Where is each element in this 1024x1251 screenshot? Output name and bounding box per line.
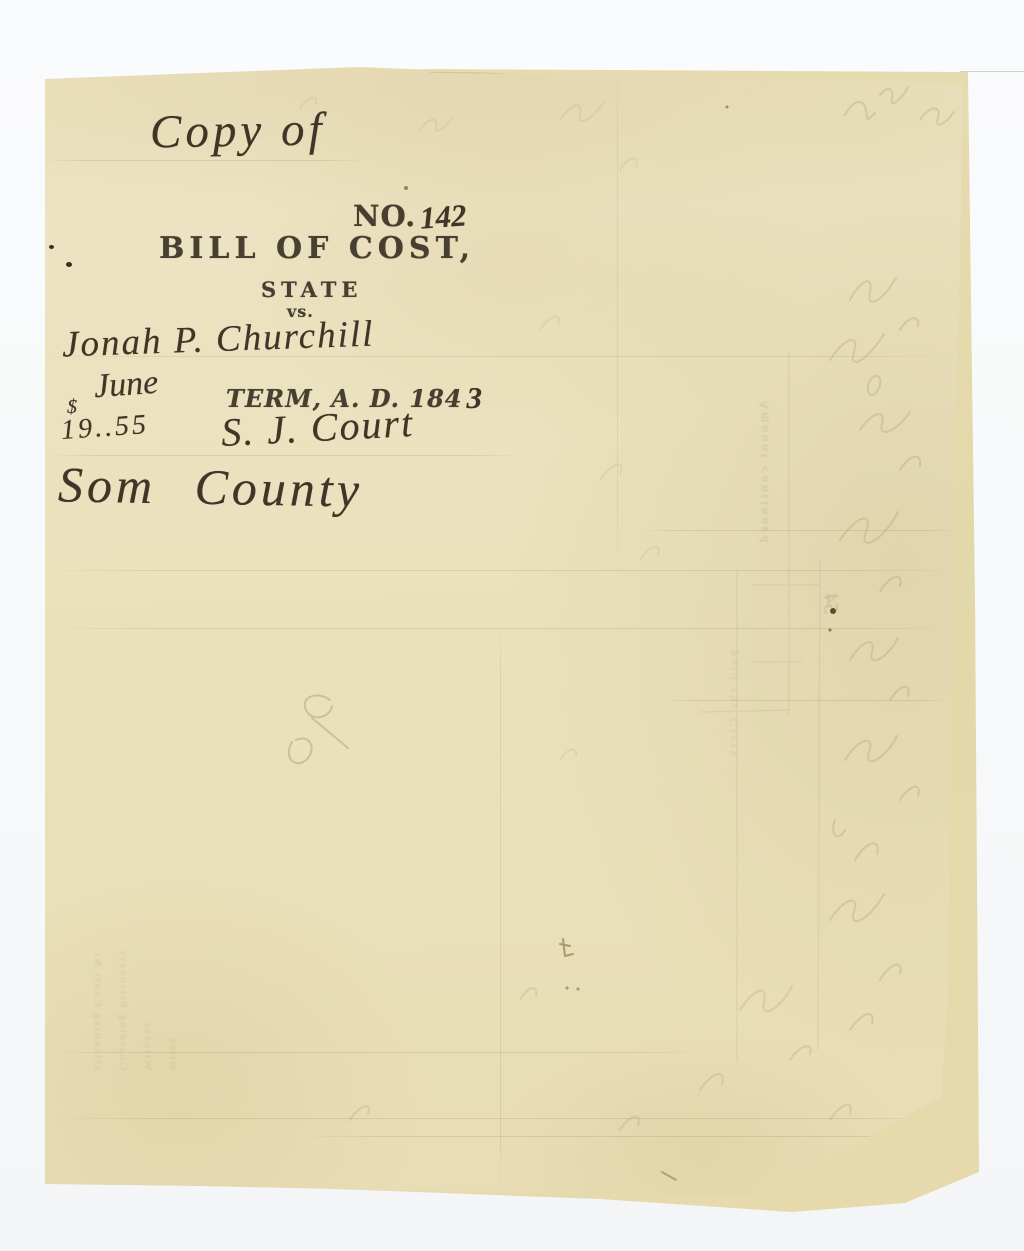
ink-dot — [66, 262, 72, 267]
fold-line — [45, 570, 960, 571]
case-number-line: NO. 142 — [353, 199, 467, 235]
fold-line — [45, 160, 365, 161]
handwritten-copy-annotation: Copy of — [150, 102, 326, 159]
term-year-digit: 3 — [466, 380, 482, 416]
county-name: Som County — [58, 455, 364, 518]
amount-value: 19..55 — [60, 409, 150, 447]
fold-line-vertical — [500, 620, 501, 1192]
term-month: June — [93, 364, 160, 406]
case-number-label: NO. — [353, 199, 416, 233]
paper-surface: Amount continued paid the Clerk 54 atten… — [0, 0, 1024, 1251]
ink-dot — [49, 245, 54, 249]
fold-line — [660, 700, 950, 701]
fold-line — [300, 1136, 960, 1137]
background-hairline — [960, 71, 1024, 72]
fold-line — [45, 1052, 705, 1053]
scanned-document-page: Amount continued paid the Clerk 54 atten… — [0, 0, 1024, 1251]
fold-line-vertical — [617, 70, 618, 570]
document-title: BILL OF COST, — [159, 231, 475, 266]
fold-line — [45, 628, 960, 629]
fold-line — [45, 1118, 965, 1119]
plaintiff-label: STATE — [261, 277, 362, 302]
paper-aging-texture — [0, 0, 1024, 1251]
fold-line — [640, 530, 960, 531]
